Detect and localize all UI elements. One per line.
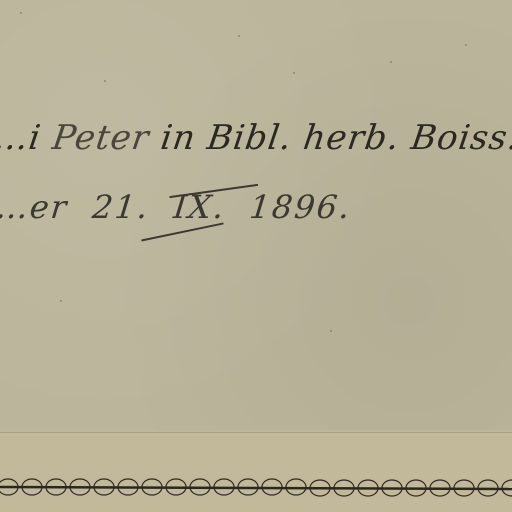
date-day: 21.: [91, 188, 152, 226]
line1-prefix: …i: [0, 118, 44, 158]
printed-label: [0, 432, 512, 512]
paper-speck: [20, 12, 22, 14]
date-month-roman: IX.: [172, 188, 228, 226]
date-year: 1896.: [248, 188, 354, 226]
paper-speck: [390, 61, 392, 63]
handwritten-line-collector: …i Peter in Bibl. herb. Boiss.: [0, 118, 512, 158]
line2-prefix: …er: [0, 188, 70, 226]
paper-speck: [60, 300, 62, 302]
paper-speck: [465, 44, 467, 46]
herbarium-reference: in Bibl. herb. Boiss.: [158, 118, 512, 158]
paper-speck: [293, 72, 295, 74]
collector-name: Peter: [50, 118, 152, 158]
paper-sheet: …i Peter in Bibl. herb. Boiss. …er 21. I…: [0, 0, 512, 430]
paper-speck: [238, 35, 240, 37]
handwritten-line-date: …er 21. IX. 1896.: [0, 188, 353, 226]
ornamental-border-rule: [0, 475, 512, 497]
paper-speck: [104, 80, 106, 82]
paper-speck: [330, 330, 332, 332]
